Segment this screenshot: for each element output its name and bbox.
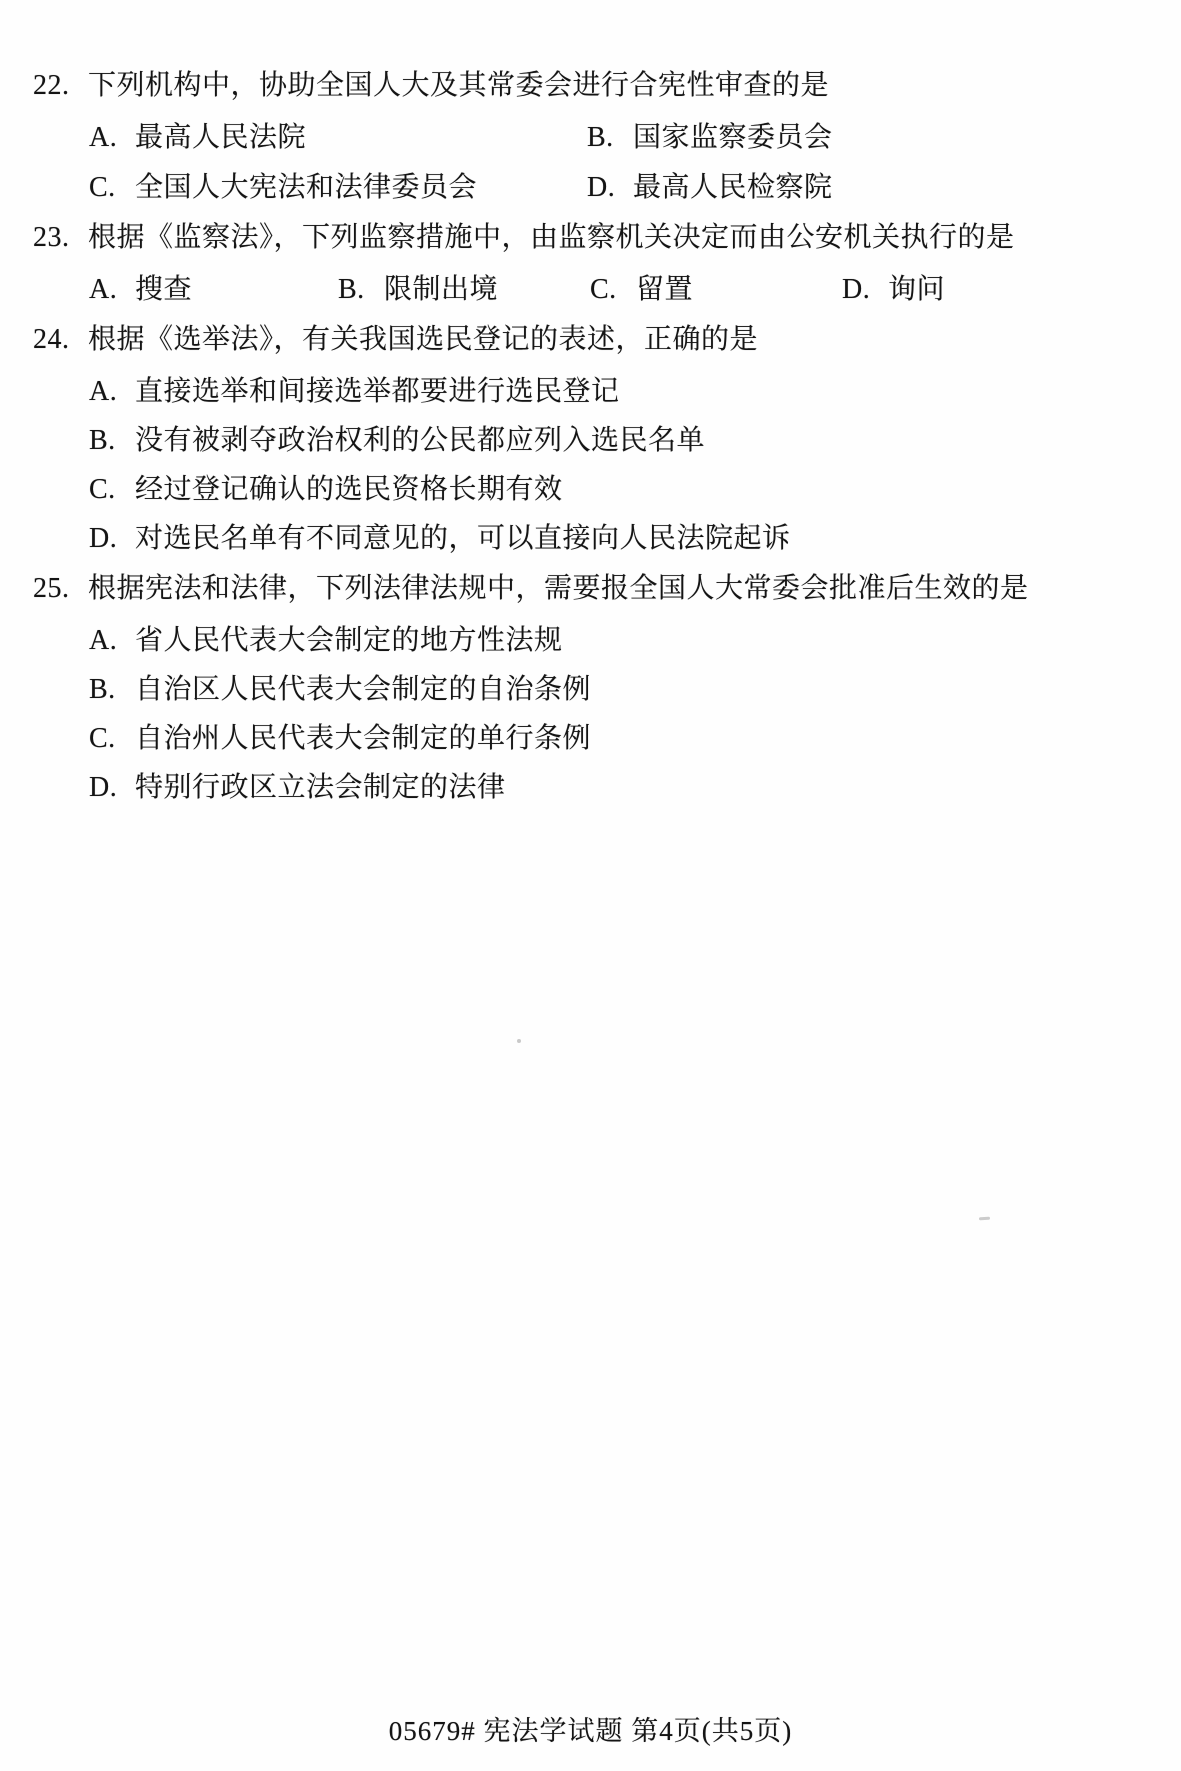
option-text: 自治州人民代表大会制定的单行条例 <box>135 724 591 754</box>
option-label: B. <box>587 123 633 153</box>
page-footer-text: 05679# 宪法学试题 第4页(共5页) <box>389 1716 792 1746</box>
option-24-d: D. 对选民名单有不同意见的，可以直接向人民法院起诉 <box>89 524 1151 554</box>
question-23-options: A. 搜查 B. 限制出境 C. 留置 D. 询问 <box>33 275 1151 305</box>
option-label: A. <box>89 377 135 407</box>
option-text: 自治区人民代表大会制定的自治条例 <box>135 675 591 705</box>
question-25-options: A. 省人民代表大会制定的地方性法规 B. 自治区人民代表大会制定的自治条例 C… <box>33 626 1151 803</box>
option-text: 全国人大宪法和法律委员会 <box>135 173 477 203</box>
option-label: B. <box>89 675 135 705</box>
question-22-options: A. 最高人民法院 B. 国家监察委员会 C. 全国人大宪法和法律委员会 D. … <box>33 123 1151 203</box>
option-text: 国家监察委员会 <box>633 123 833 153</box>
option-label: B. <box>89 426 135 456</box>
option-22-a: A. 最高人民法院 <box>89 123 587 153</box>
question-text: 根据宪法和法律，下列法律法规中，需要报全国人大常委会批准后生效的是 <box>88 574 1029 604</box>
option-label: C. <box>89 475 135 505</box>
option-text: 询问 <box>888 275 945 305</box>
question-number: 24. <box>33 325 88 355</box>
question-22: 22. 下列机构中，协助全国人大及其常委会进行合宪性审查的是 A. 最高人民法院… <box>33 71 1151 203</box>
option-22-c: C. 全国人大宪法和法律委员会 <box>89 173 587 203</box>
page-footer: 05679# 宪法学试题 第4页(共5页) <box>0 1716 1181 1746</box>
option-label: B. <box>338 275 384 305</box>
question-number: 23. <box>33 223 88 253</box>
option-label: C. <box>89 724 135 754</box>
scan-speck <box>517 1039 521 1043</box>
option-text: 留置 <box>636 275 693 305</box>
option-text: 省人民代表大会制定的地方性法规 <box>135 626 563 656</box>
option-label: D. <box>842 275 888 305</box>
question-24-options: A. 直接选举和间接选举都要进行选民登记 B. 没有被剥夺政治权利的公民都应列入… <box>33 377 1151 554</box>
option-text: 搜查 <box>135 275 192 305</box>
question-22-title: 22. 下列机构中，协助全国人大及其常委会进行合宪性审查的是 <box>33 71 1151 101</box>
option-label: C. <box>89 173 135 203</box>
option-text: 限制出境 <box>384 275 498 305</box>
option-25-c: C. 自治州人民代表大会制定的单行条例 <box>89 724 1151 754</box>
option-text: 直接选举和间接选举都要进行选民登记 <box>135 377 620 407</box>
option-25-d: D. 特别行政区立法会制定的法律 <box>89 773 1151 803</box>
question-25: 25. 根据宪法和法律，下列法律法规中，需要报全国人大常委会批准后生效的是 A.… <box>33 574 1151 803</box>
option-25-b: B. 自治区人民代表大会制定的自治条例 <box>89 675 1151 705</box>
option-text: 最高人民检察院 <box>633 173 833 203</box>
option-text: 没有被剥夺政治权利的公民都应列入选民名单 <box>135 426 705 456</box>
option-22-d: D. 最高人民检察院 <box>587 173 1151 203</box>
question-25-title: 25. 根据宪法和法律，下列法律法规中，需要报全国人大常委会批准后生效的是 <box>33 574 1151 604</box>
question-text: 根据《监察法》，下列监察措施中，由监察机关决定而由公安机关执行的是 <box>88 223 1015 253</box>
option-text: 特别行政区立法会制定的法律 <box>135 773 506 803</box>
option-label: C. <box>590 275 636 305</box>
option-24-c: C. 经过登记确认的选民资格长期有效 <box>89 475 1151 505</box>
question-text: 根据《选举法》，有关我国选民登记的表述，正确的是 <box>88 325 758 355</box>
option-text: 最高人民法院 <box>135 123 306 153</box>
option-text: 经过登记确认的选民资格长期有效 <box>135 475 563 505</box>
scan-speck <box>979 1217 990 1221</box>
option-23-a: A. 搜查 <box>89 275 338 305</box>
option-23-d: D. 询问 <box>842 275 1151 305</box>
question-23-title: 23. 根据《监察法》，下列监察措施中，由监察机关决定而由公安机关执行的是 <box>33 223 1151 253</box>
option-label: A. <box>89 275 135 305</box>
option-23-c: C. 留置 <box>590 275 842 305</box>
exam-page-scan: 22. 下列机构中，协助全国人大及其常委会进行合宪性审查的是 A. 最高人民法院… <box>0 0 1181 1771</box>
option-24-b: B. 没有被剥夺政治权利的公民都应列入选民名单 <box>89 426 1151 456</box>
option-label: D. <box>587 173 633 203</box>
question-23: 23. 根据《监察法》，下列监察措施中，由监察机关决定而由公安机关执行的是 A.… <box>33 223 1151 305</box>
question-list: 22. 下列机构中，协助全国人大及其常委会进行合宪性审查的是 A. 最高人民法院… <box>33 71 1151 823</box>
option-label: D. <box>89 524 135 554</box>
option-23-b: B. 限制出境 <box>338 275 590 305</box>
option-label: D. <box>89 773 135 803</box>
option-label: A. <box>89 123 135 153</box>
option-22-b: B. 国家监察委员会 <box>587 123 1151 153</box>
option-text: 对选民名单有不同意见的，可以直接向人民法院起诉 <box>135 524 791 554</box>
question-24-title: 24. 根据《选举法》，有关我国选民登记的表述，正确的是 <box>33 325 1151 355</box>
question-text: 下列机构中，协助全国人大及其常委会进行合宪性审查的是 <box>88 71 829 101</box>
option-25-a: A. 省人民代表大会制定的地方性法规 <box>89 626 1151 656</box>
question-number: 22. <box>33 71 88 101</box>
question-24: 24. 根据《选举法》，有关我国选民登记的表述，正确的是 A. 直接选举和间接选… <box>33 325 1151 554</box>
option-label: A. <box>89 626 135 656</box>
option-24-a: A. 直接选举和间接选举都要进行选民登记 <box>89 377 1151 407</box>
question-number: 25. <box>33 574 88 604</box>
